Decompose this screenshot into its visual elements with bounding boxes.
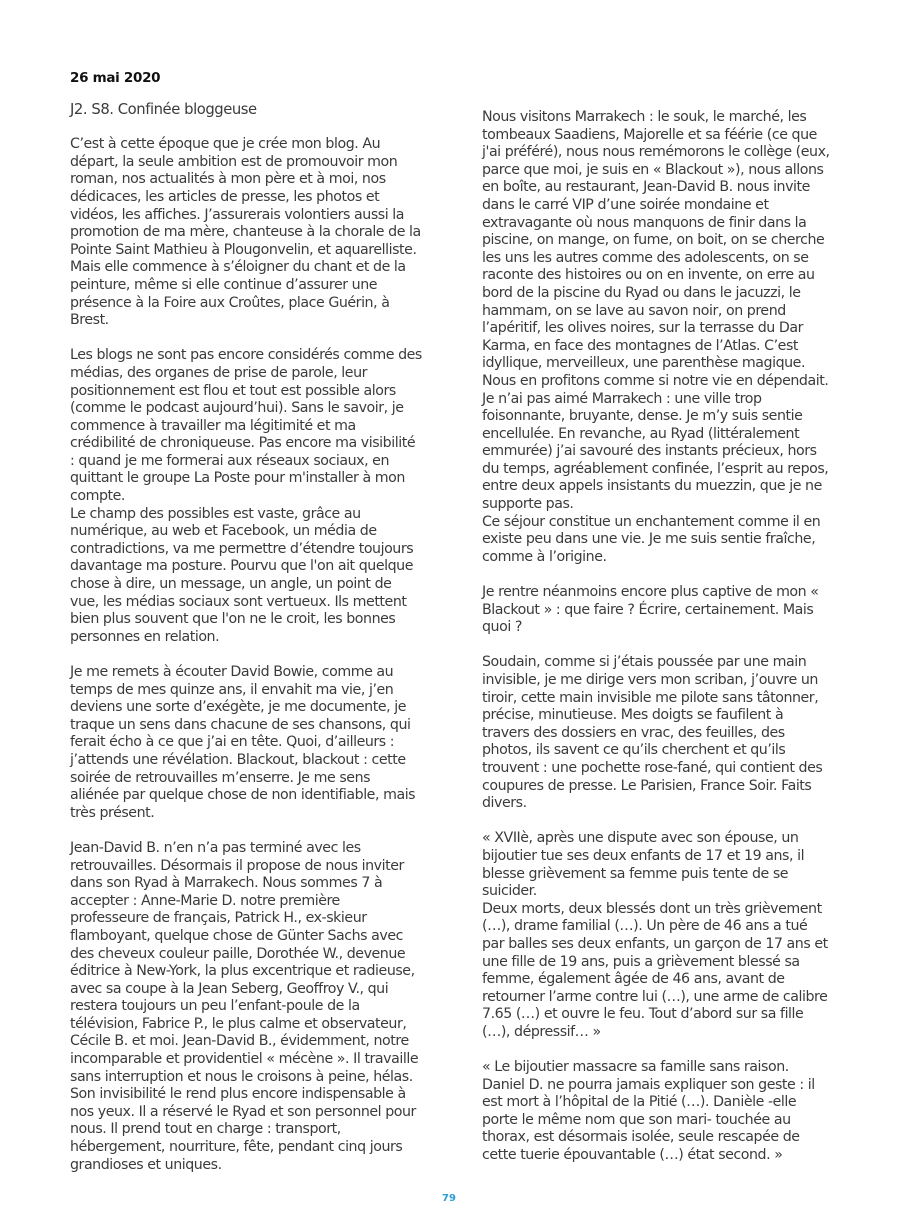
paragraph: Je me remets à écouter David Bowie, comm… bbox=[70, 664, 422, 822]
paragraph: Les blogs ne sont pas encore considérés … bbox=[70, 347, 422, 505]
paragraph: C’est à cette époque que je crée mon blo… bbox=[70, 136, 422, 330]
quote-paragraph: « Le bijoutier massacre sa famille sans … bbox=[482, 1059, 832, 1165]
quote-paragraph: « XVIIè, après une dispute avec son épou… bbox=[482, 830, 832, 900]
paragraph: Jean-David B. n’en n’a pas terminé avec … bbox=[70, 840, 422, 1174]
paragraph: Soudain, comme si j’étais poussée par un… bbox=[482, 654, 832, 812]
page-number: 79 bbox=[0, 1193, 898, 1204]
entry-date: 26 mai 2020 bbox=[70, 70, 160, 86]
right-column: Nous visitons Marrakech : le souk, le ma… bbox=[482, 109, 832, 1182]
paragraph: Ce séjour constitue un enchantement comm… bbox=[482, 514, 832, 567]
paragraph: Le champ des possibles est vaste, grâce … bbox=[70, 506, 422, 647]
quote-paragraph: Deux morts, deux blessés dont un très gr… bbox=[482, 901, 832, 1042]
left-column: J2. S8. Confinée bloggeuse C’est à cette… bbox=[70, 101, 422, 1192]
paragraph: Je rentre néanmoins encore plus captive … bbox=[482, 584, 832, 637]
section-title: J2. S8. Confinée bloggeuse bbox=[70, 101, 422, 119]
paragraph: Nous visitons Marrakech : le souk, le ma… bbox=[482, 109, 832, 514]
